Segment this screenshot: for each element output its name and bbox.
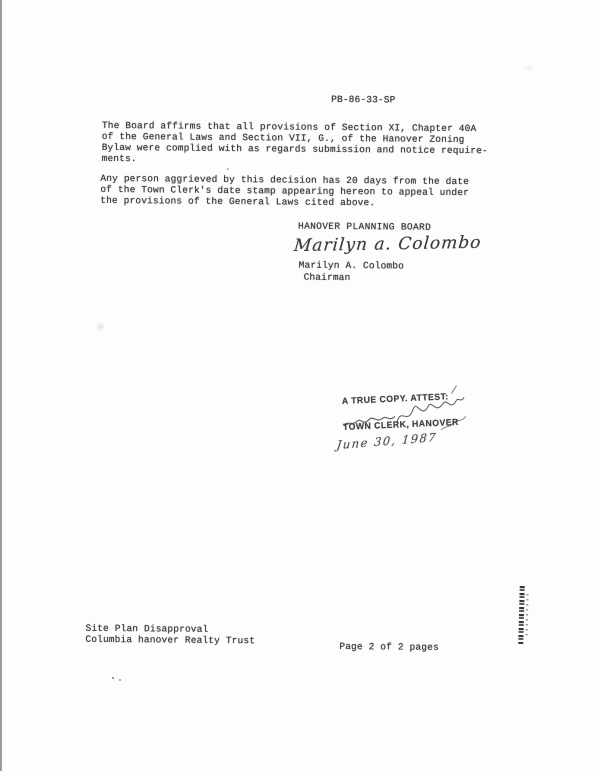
signature-title: Chairman [304, 272, 351, 283]
document-content: PB-86-33-SP The Board affirms that all p… [0, 0, 600, 776]
signature-script: Marilyn a. Colombo [293, 233, 482, 256]
scan-speck [524, 66, 533, 71]
scan-speck [112, 677, 114, 679]
board-heading: HANOVER PLANNING BOARD [298, 221, 431, 233]
scan-speck [97, 323, 104, 330]
scan-speck [119, 679, 121, 681]
footer-page-indicator: Page 2 of 2 pages [339, 641, 439, 653]
reference-number: PB-86-33-SP [331, 94, 395, 106]
scan-speck [227, 168, 229, 170]
document-page: PB-86-33-SP The Board affirms that all p… [0, 0, 600, 776]
body-paragraph-1: The Board affirms that all provisions of… [102, 120, 489, 167]
signature-typed-name: Marilyn A. Colombo [299, 260, 404, 272]
footer-subject: Site Plan Disapproval Columbia hanover R… [85, 623, 255, 646]
body-paragraph-2: Any person aggrieved by this decision ha… [100, 173, 469, 209]
certification-stamp: A TRUE COPY. ATTEST: TOWN CLERK, HANOVER… [342, 388, 485, 464]
